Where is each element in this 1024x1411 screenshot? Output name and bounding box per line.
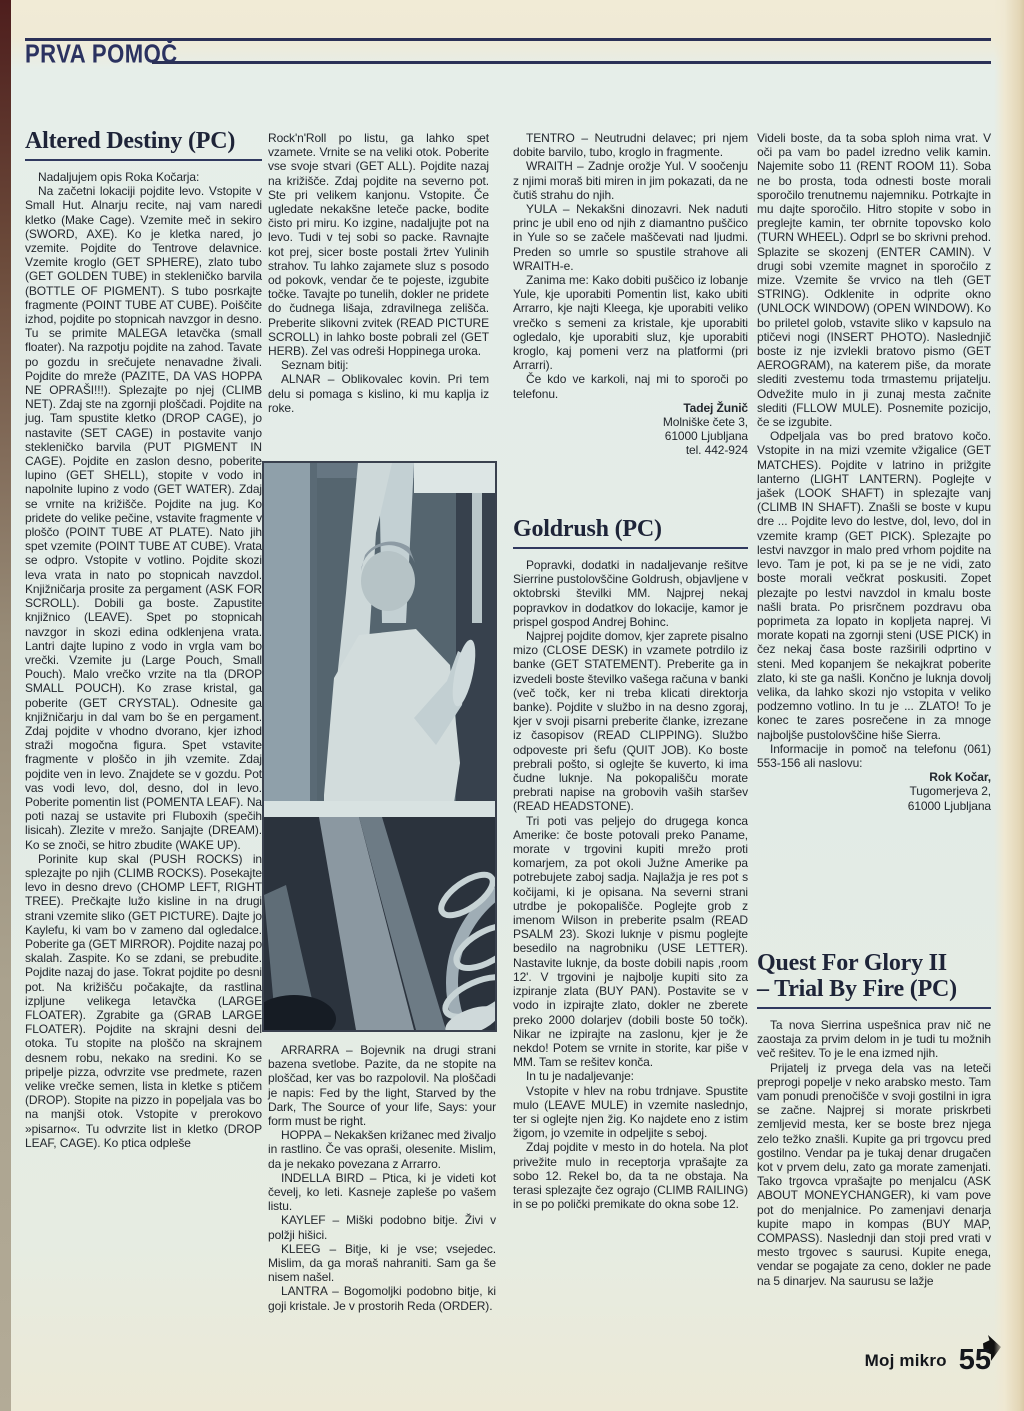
heading-underline	[513, 547, 748, 549]
paragraph: Informacije in pomoč na telefonu (061) 5…	[757, 742, 991, 770]
scan-left-edge	[0, 0, 11, 1411]
paragraph: KAYLEF – Miški podobno bitje. Živi v pol…	[268, 1213, 496, 1241]
paragraph: Zdaj pojdite v mesto in do hotela. Na pl…	[513, 1140, 748, 1211]
paragraph: ARRARRA – Bojevnik na drugi strani bazen…	[268, 1043, 496, 1128]
magazine-name: Moj mikro	[865, 1351, 947, 1370]
column-2-top: Rock'n'Roll po listu, ga lahko spet vzam…	[268, 131, 489, 415]
signature-city: 61000 Ljubljana	[757, 799, 991, 813]
paragraph: Videli boste, da ta soba sploh nima vrat…	[757, 131, 991, 429]
paragraph: Na začetni lokaciji pojdite levo. Vstopi…	[25, 184, 262, 852]
paragraph: Če kdo ve karkoli, naj mi to sporoči po …	[513, 372, 748, 400]
column-1: Altered Destiny (PC) Nadaljujem opis Rok…	[25, 128, 262, 1150]
screenshot-image	[262, 461, 497, 1032]
paragraph: WRAITH – Zadnje orožje Yul. V soočenju z…	[513, 159, 748, 202]
paragraph: Nadaljujem opis Roka Kočarja:	[25, 170, 262, 184]
header-rule-right	[152, 61, 991, 64]
paragraph: Zanima me: Kako dobiti puščico iz lobanj…	[513, 273, 748, 372]
article-title-goldrush: Goldrush (PC)	[513, 516, 748, 542]
paragraph: INDELLA BIRD – Ptica, ki je videti kot č…	[268, 1171, 496, 1214]
page-number: 55	[959, 1344, 991, 1376]
page-footer: Moj mikro55	[757, 1344, 991, 1377]
column-4-top: Videli boste, da ta soba sploh nima vrat…	[757, 131, 991, 813]
paragraph: Porinite kup skal (PUSH ROCKS) in spleza…	[25, 852, 262, 1150]
paragraph: YULA – Nekakšni dinozavri. Nek naduti pr…	[513, 202, 748, 273]
signature-city: 61000 Ljubljana	[513, 429, 748, 443]
paragraph: Ta nova Sierrina uspešnica prav nič ne z…	[757, 1018, 991, 1061]
paragraph: LANTRA – Bogomoljki podobno bitje, ki go…	[268, 1284, 496, 1312]
paragraph: In tu je nadaljevanje:	[513, 1069, 748, 1083]
signature-address: Tugomerjeva 2,	[757, 784, 991, 798]
column-2-bottom: ARRARRA – Bojevnik na drugi strani bazen…	[268, 1043, 496, 1313]
signature-address: Molniške čete 3,	[513, 415, 748, 429]
paragraph: KLEEG – Bitje, ki je vse; vsejedec. Misl…	[268, 1242, 496, 1285]
article-title-altered-destiny: Altered Destiny (PC)	[25, 128, 262, 154]
article-text: ARRARRA – Bojevnik na drugi strani bazen…	[268, 1043, 496, 1313]
paragraph: Popravki, dodatki in nadaljevanje rešitv…	[513, 558, 748, 629]
section-title: PRVA POMOČ	[25, 40, 178, 70]
article-text: Popravki, dodatki in nadaljevanje rešitv…	[513, 558, 748, 1211]
article-text: Ta nova Sierrina uspešnica prav nič ne z…	[757, 1018, 991, 1288]
signature-name: Rok Kočar,	[757, 770, 991, 784]
paragraph: Najprej pojdite domov, kjer zaprete pisa…	[513, 629, 748, 814]
column-3-top: TENTRO – Neutrudni delavec; pri njem dob…	[513, 131, 748, 458]
article-title-quest-line1: Quest For Glory II	[757, 950, 991, 976]
article-text: Nadaljujem opis Roka Kočarja:Na začetni …	[25, 170, 262, 1150]
screenshot-art	[264, 463, 495, 1030]
article-text: Videli boste, da ta soba sploh nima vrat…	[757, 131, 991, 813]
magazine-page: PRVA POMOČ Altered Destiny (PC) Nadaljuj…	[0, 0, 1024, 1411]
paragraph: Tri poti vas peljejo do drugega konca Am…	[513, 814, 748, 1070]
heading-underline	[25, 159, 262, 161]
scan-right-edge	[994, 0, 1024, 1411]
article-text: TENTRO – Neutrudni delavec; pri njem dob…	[513, 131, 748, 458]
paragraph: ALNAR – Oblikovalec kovin. Pri tem delu …	[268, 372, 489, 415]
paragraph: Odpeljala vas bo pred bratovo kočo. Vsto…	[757, 429, 991, 741]
column-3-goldrush: Goldrush (PC) Popravki, dodatki in nadal…	[513, 516, 748, 1211]
paragraph: Vstopite v hlev na robu trdnjave. Spusti…	[513, 1084, 748, 1141]
paragraph: Seznam bitij:	[268, 358, 489, 372]
paragraph: Rock'n'Roll po listu, ga lahko spet vzam…	[268, 131, 489, 358]
heading-underline	[757, 1007, 991, 1009]
column-4-quest: Quest For Glory II – Trial By Fire (PC) …	[757, 950, 991, 1288]
paragraph: HOPPA – Nekakšen križanec med živaljo in…	[268, 1128, 496, 1171]
signature-name: Tadej Žunič	[513, 401, 748, 415]
article-text: Rock'n'Roll po listu, ga lahko spet vzam…	[268, 131, 489, 415]
paragraph: TENTRO – Neutrudni delavec; pri njem dob…	[513, 131, 748, 159]
paragraph: Prijatelj iz prvega dela vas na leteči p…	[757, 1061, 991, 1288]
article-title-quest-line2: – Trial By Fire (PC)	[757, 976, 991, 1002]
signature-phone: tel. 442-924	[513, 443, 748, 457]
